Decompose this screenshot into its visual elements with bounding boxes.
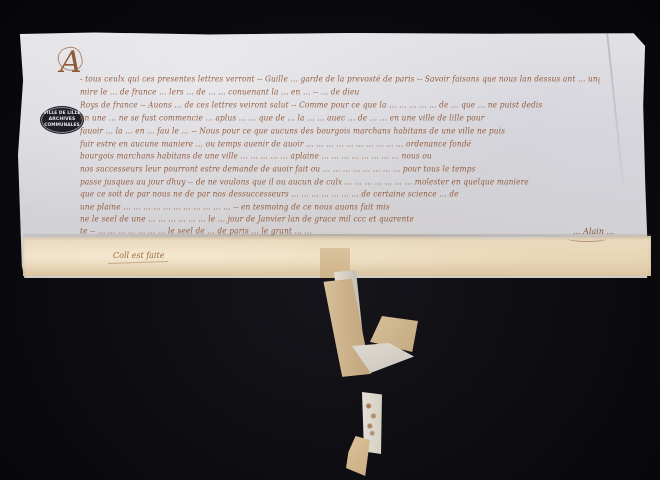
text-line: une plaine ... ... ... ... ... ... ... .…: [80, 201, 600, 213]
signature-flourish-icon: [568, 236, 606, 242]
text-line: fauoir ... la ... en ... fau le ... -- N…: [80, 125, 600, 137]
text-line: fuir estre en aucune maniere ... ou temp…: [80, 138, 600, 150]
plica-annotation: Coll est faite: [113, 251, 164, 260]
text-line: - tous ceulx qui ces presentes lettres v…: [80, 73, 600, 85]
text-line: en une ... ne se fust commencie ... aplu…: [80, 112, 600, 124]
text-line: bourgois marchans habitans de une ville …: [80, 150, 600, 162]
text-line: ne le seel de une ... ... ... ... ... ..…: [80, 213, 600, 225]
text-line: te -- ... ... ... ... ... ... ... le see…: [80, 225, 425, 237]
seal-tag-wax-stain: [365, 398, 377, 438]
notary-signature: ... Alain ...: [573, 227, 614, 236]
text-line: passe jusques au jour dhuy -- de ne voul…: [80, 176, 600, 188]
text-line: que ce soit de par nous ne de par nos de…: [80, 188, 600, 200]
text-line: Roys de france -- Auons ... de ces lettr…: [80, 99, 600, 111]
text-line: mire le ... de france ... lers ... de ..…: [80, 86, 600, 98]
text-line: nos successeurs leur pourront estre dema…: [80, 163, 600, 175]
charter-text: - tous ceulx qui ces presentes lettres v…: [0, 0, 660, 480]
